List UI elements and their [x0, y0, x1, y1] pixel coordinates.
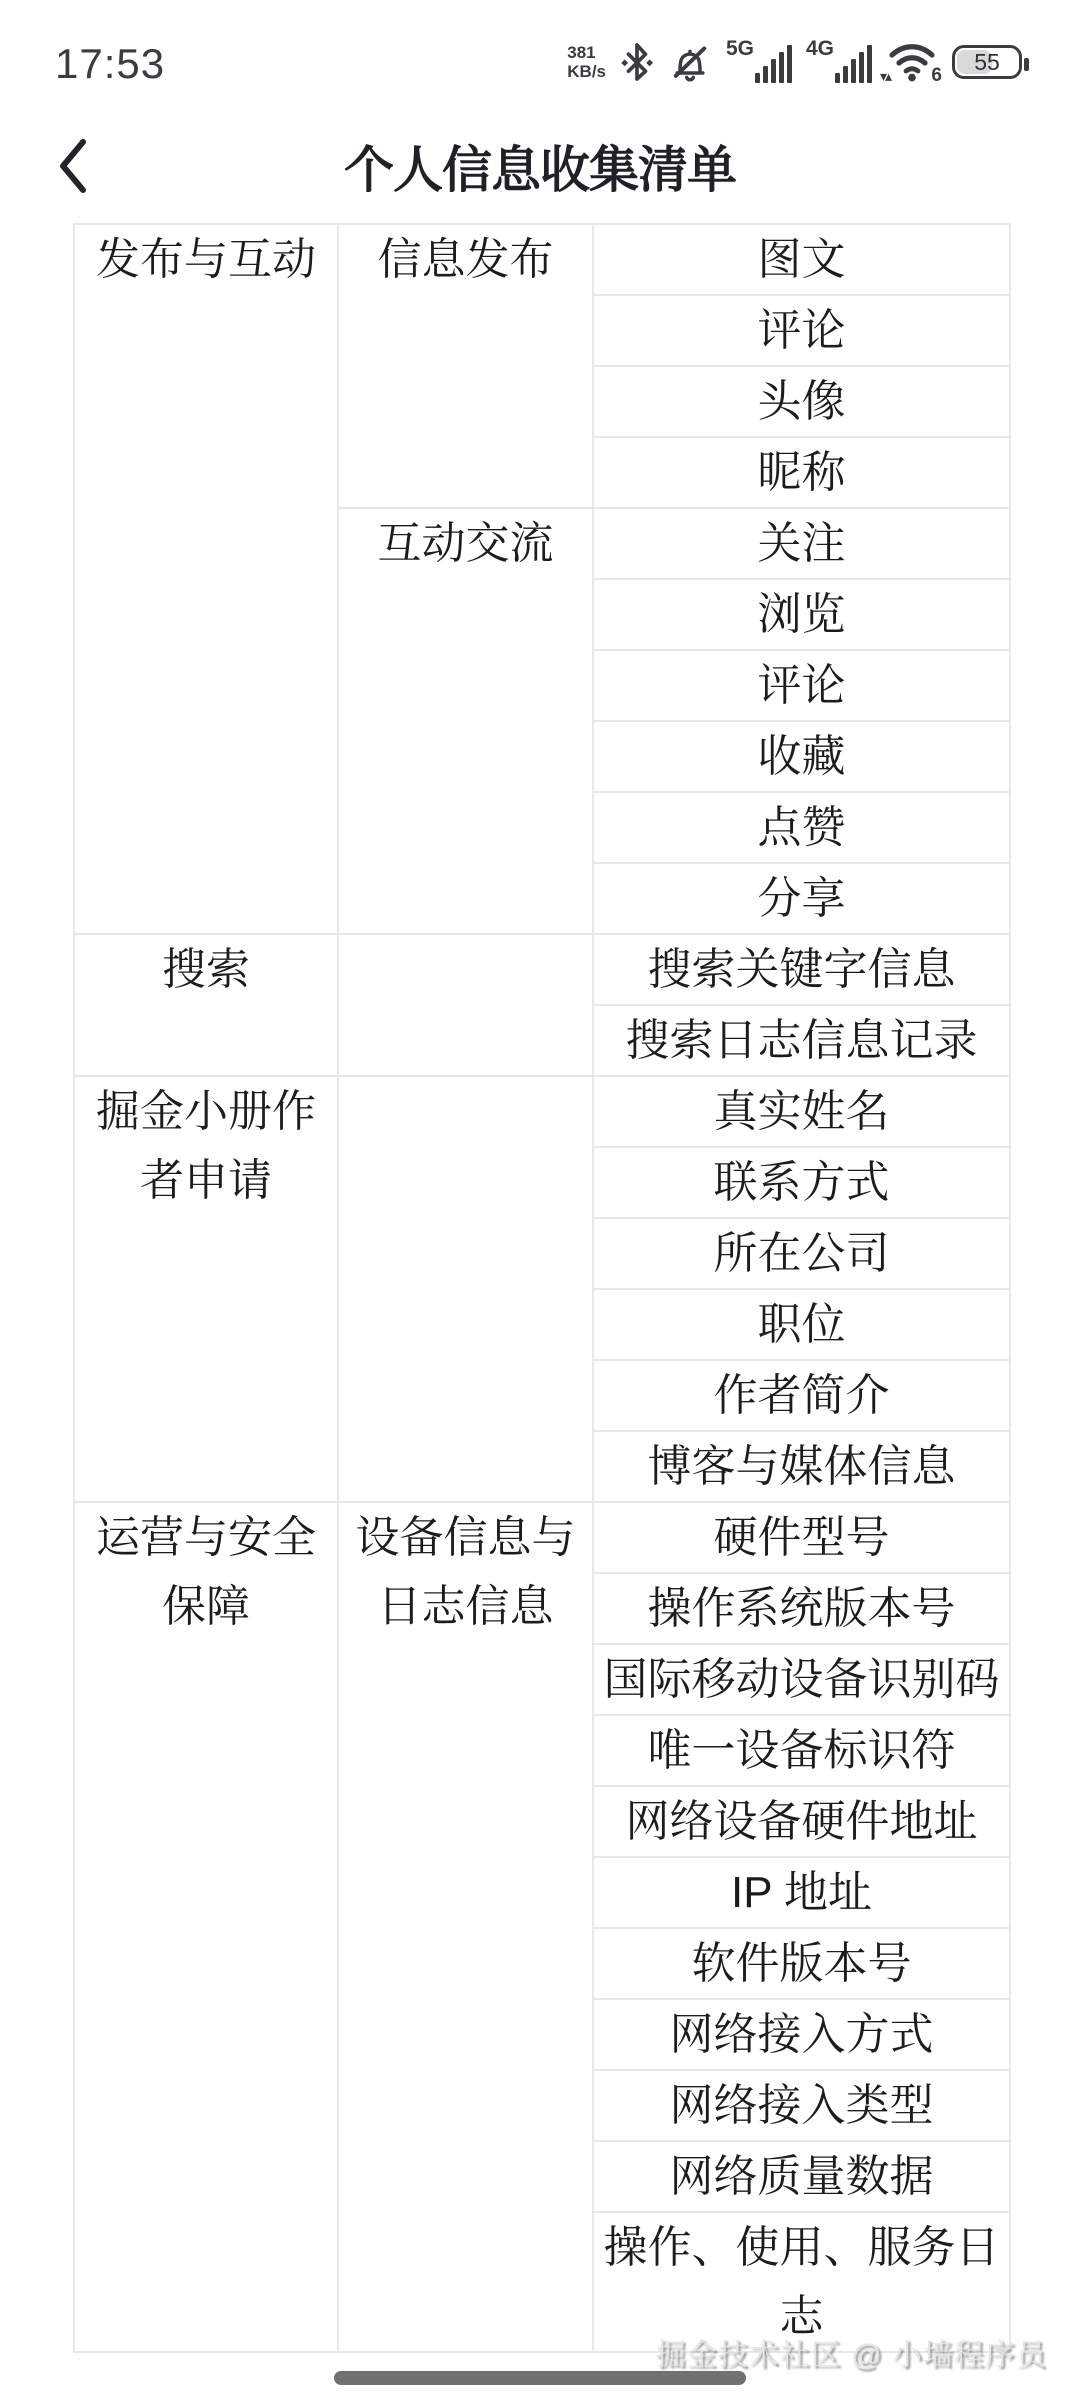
watermark: 掘金技术社区 @ 小墙程序员: [656, 2330, 1047, 2374]
item-cell: 分享: [593, 863, 1010, 934]
network-speed: 381 KB/s: [567, 43, 606, 81]
wifi6-label: 6: [931, 65, 942, 87]
item-cell: 网络质量数据: [593, 2141, 1010, 2212]
item-cell: 浏览: [593, 579, 1010, 650]
wifi-icon: ▾▴ 6: [886, 39, 938, 85]
category-cell: 搜索: [74, 934, 338, 1076]
item-cell: 网络接入类型: [593, 2070, 1010, 2141]
clock: 17:53: [55, 40, 165, 88]
item-cell: 关注: [593, 508, 1010, 579]
item-cell: 网络设备硬件地址: [593, 1786, 1010, 1857]
item-cell: 搜索关键字信息: [593, 934, 1010, 1005]
category-cell: 发布与互动: [74, 224, 338, 934]
subcategory-cell: [338, 934, 593, 1076]
wifi-traffic-arrows: ▾▴: [880, 68, 890, 85]
item-cell: 硬件型号: [593, 1502, 1010, 1573]
battery-percent: 55: [974, 49, 1000, 76]
subcategory-cell: 信息发布: [338, 224, 593, 508]
item-cell: 评论: [593, 295, 1010, 366]
app-screen: 17:53 381 KB/s 5G: [0, 0, 1080, 2400]
subcategory-cell: 设备信息与日志信息: [338, 1502, 593, 2352]
status-tray: 381 KB/s 5G: [567, 40, 1022, 84]
bluetooth-icon: [620, 40, 654, 84]
category-cell: 掘金小册作者申请: [74, 1076, 338, 1502]
table-row: 掘金小册作者申请真实姓名: [74, 1076, 1010, 1147]
signal-4g-label: 4G: [806, 37, 834, 61]
item-cell: 收藏: [593, 721, 1010, 792]
subcategory-cell: [338, 1076, 593, 1502]
home-indicator[interactable]: [334, 2371, 746, 2385]
item-cell: IP 地址: [593, 1857, 1010, 1928]
item-cell: 作者简介: [593, 1360, 1010, 1431]
signal-4g-icon: 4G: [806, 39, 872, 85]
item-cell: 操作系统版本号: [593, 1573, 1010, 1644]
item-cell: 头像: [593, 366, 1010, 437]
item-cell: 唯一设备标识符: [593, 1715, 1010, 1786]
header: 个人信息收集清单: [0, 118, 1080, 218]
item-cell: 国际移动设备识别码: [593, 1644, 1010, 1715]
item-cell: 昵称: [593, 437, 1010, 508]
item-cell: 网络接入方式: [593, 1999, 1010, 2070]
item-cell: 所在公司: [593, 1218, 1010, 1289]
item-cell: 搜索日志信息记录: [593, 1005, 1010, 1076]
item-cell: 真实姓名: [593, 1076, 1010, 1147]
item-cell: 图文: [593, 224, 1010, 295]
item-cell: 软件版本号: [593, 1928, 1010, 1999]
item-cell: 评论: [593, 650, 1010, 721]
mute-bell-icon: [668, 40, 712, 84]
battery-icon: 55: [952, 45, 1022, 79]
collection-table: 发布与互动信息发布图文评论头像昵称互动交流关注浏览评论收藏点赞分享搜索搜索关键字…: [73, 223, 1009, 2353]
signal-5g-label: 5G: [726, 37, 754, 61]
table-row: 搜索搜索关键字信息: [74, 934, 1010, 1005]
page-title: 个人信息收集清单: [0, 118, 1080, 214]
network-speed-value: 381: [567, 43, 595, 62]
table-row: 运营与安全保障设备信息与日志信息硬件型号: [74, 1502, 1010, 1573]
status-bar: 17:53 381 KB/s 5G: [0, 0, 1080, 100]
signal-5g-icon: 5G: [726, 39, 792, 85]
item-cell: 点赞: [593, 792, 1010, 863]
table-row: 发布与互动信息发布图文: [74, 224, 1010, 295]
network-speed-unit: KB/s: [567, 62, 606, 81]
item-cell: 联系方式: [593, 1147, 1010, 1218]
item-cell: 职位: [593, 1289, 1010, 1360]
subcategory-cell: 互动交流: [338, 508, 593, 934]
battery-nub: [1024, 58, 1029, 71]
item-cell: 博客与媒体信息: [593, 1431, 1010, 1502]
category-cell: 运营与安全保障: [74, 1502, 338, 2352]
